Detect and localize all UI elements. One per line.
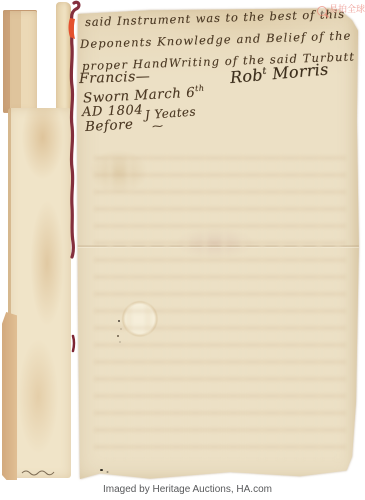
witness-signature-flourish: ⁓ bbox=[152, 119, 164, 133]
image-credit: Imaged by Heritage Auctions, HA.com bbox=[103, 484, 272, 496]
ink-spots bbox=[100, 469, 103, 471]
handwriting-deponent-name: Francis— bbox=[79, 69, 151, 87]
magnifier-icon bbox=[317, 6, 327, 16]
left-paper-tan-rectangle bbox=[3, 10, 37, 113]
document-photo: said Instrument was to the best of this … bbox=[0, 0, 365, 500]
flourish-dash: — bbox=[135, 69, 150, 85]
pencil-scribble bbox=[20, 467, 60, 477]
left-paper-strip-bottom-tan bbox=[2, 312, 17, 480]
deponent-name-text: Francis bbox=[79, 69, 136, 87]
zoom-watermark: 易拍全球 bbox=[317, 4, 365, 17]
embossed-seal-speckles bbox=[118, 320, 120, 322]
sworn-ordinal-sup: th bbox=[195, 83, 205, 93]
handwriting-before-label: Before bbox=[85, 116, 134, 135]
ink-bleedthrough-texture bbox=[94, 156, 346, 460]
signature-first-part: Rob bbox=[229, 65, 263, 87]
watermark-label: 易拍全球 bbox=[329, 4, 365, 17]
